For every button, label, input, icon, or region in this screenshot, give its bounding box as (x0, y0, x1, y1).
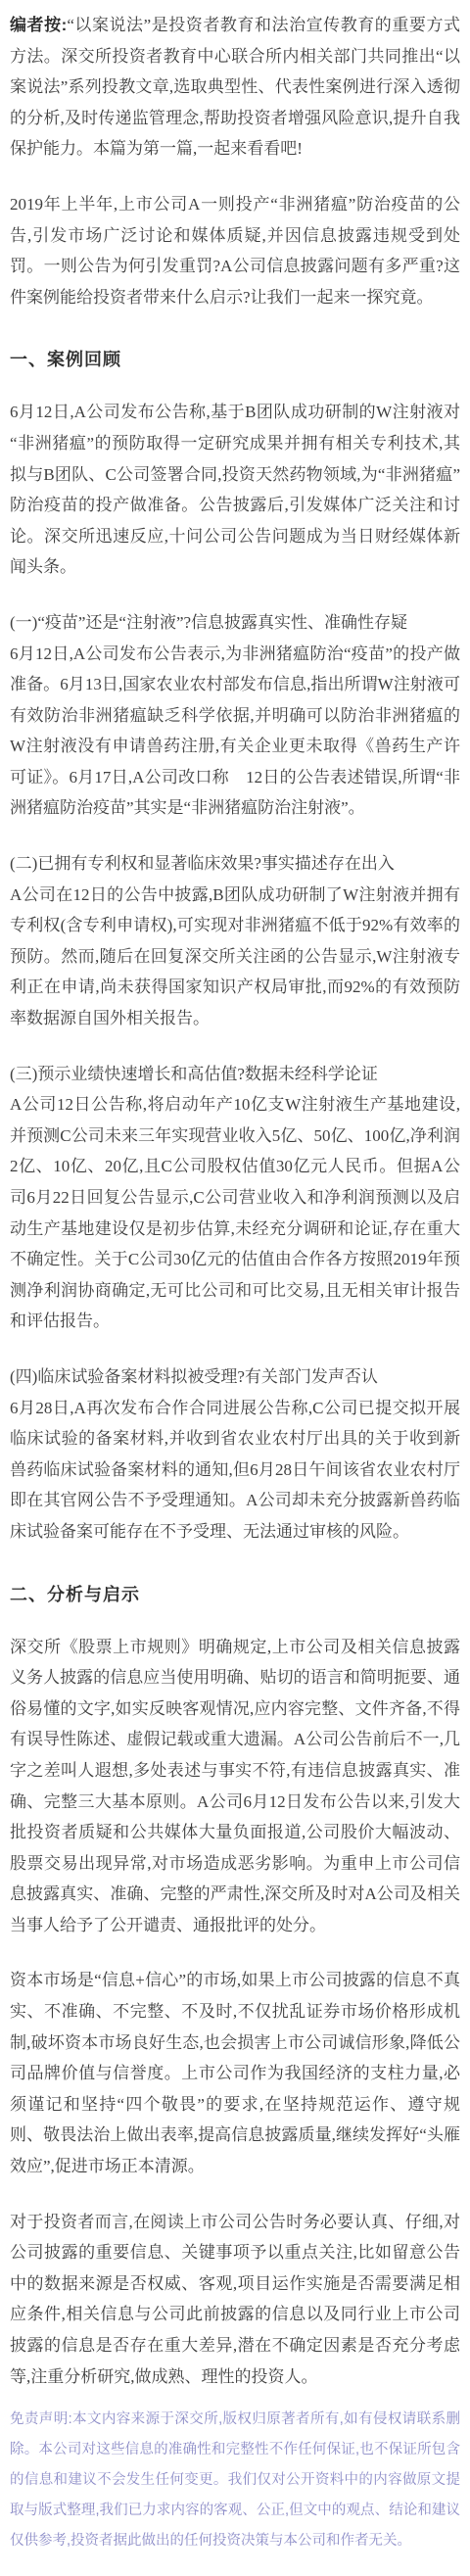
case-1-body: 6月12日,A公司发布公告表示,为非洲猪瘟防治“疫苗”的投产做准备。6月13日,… (10, 644, 460, 818)
section-heading-case-review: 一、案例回顾 (10, 346, 460, 371)
analysis-paragraph-2: 资本市场是“信息+信心”的市场,如果上市公司披露的信息不真实、不准确、不完整、不… (10, 1965, 460, 2181)
case-item-1: (一)“疫苗”还是“注射液”?信息披露真实性、准确性存疑6月12日,A公司发布公… (10, 607, 460, 824)
disclaimer: 免责声明:本文内容来源于深交所,版权归原著者所有,如有侵权请联系删除。本公司对这… (10, 2405, 460, 2556)
case-1-subtitle: (一)“疫苗”还是“注射液”?信息披露真实性、准确性存疑 (10, 613, 407, 632)
case-4-body: 6月28日,A再次发布合作合同进展公告称,C公司已提交拟开展临床试验的备案材料,… (10, 1399, 460, 1541)
case-2-body: A公司在12日的公告中披露,B团队成功研制了W注射液并拥有专利权(含专利申请权)… (10, 885, 460, 1027)
editor-note-label: 编者按: (10, 16, 67, 34)
analysis-paragraph-1: 深交所《股票上市规则》明确规定,上市公司及相关信息披露义务人披露的信息应当使用明… (10, 1632, 460, 1941)
editor-note-text: “以案说法”是投资者教育和法治宣传教育的重要方式方法。深交所投资者教育中心联合所… (10, 16, 460, 158)
article-page: 编者按:“以案说法”是投资者教育和法治宣传教育的重要方式方法。深交所投资者教育中… (0, 0, 470, 2576)
case-overview-paragraph: 6月12日,A公司发布公告称,基于B团队成功研制的W注射液对“非洲猪瘟”的预防取… (10, 397, 460, 583)
case-item-2: (二)已拥有专利权和显著临床效果?事实描述存在出入A公司在12日的公告中披露,B… (10, 848, 460, 1034)
intro-paragraph: 2019年上半年,上市公司A一则投产“非洲猪瘟”防治疫苗的公告,引发市场广泛讨论… (10, 189, 460, 312)
analysis-paragraph-3: 对于投资者而言,在阅读上市公司公告时务必要认真、仔细,对公司披露的重要信息、关键… (10, 2207, 460, 2393)
case-4-subtitle: (四)临床试验备案材料拟被受理?有关部门发声否认 (10, 1367, 378, 1386)
section-heading-analysis: 二、分析与启示 (10, 1581, 460, 1606)
case-3-subtitle: (三)预示业绩快速增长和高估值?数据未经科学论证 (10, 1065, 378, 1083)
editor-note: 编者按:“以案说法”是投资者教育和法治宣传教育的重要方式方法。深交所投资者教育中… (10, 10, 460, 165)
case-item-4: (四)临床试验备案材料拟被受理?有关部门发声否认6月28日,A再次发布合作合同进… (10, 1361, 460, 1548)
case-2-subtitle: (二)已拥有专利权和显著临床效果?事实描述存在出入 (10, 854, 395, 873)
case-3-body: A公司12日公告称,将启动年产10亿支W注射液生产基地建设,并预测C公司未来三年… (10, 1095, 460, 1330)
case-item-3: (三)预示业绩快速增长和高估值?数据未经科学论证A公司12日公告称,将启动年产1… (10, 1059, 460, 1337)
disclaimer-text: 本文内容来源于深交所,版权归原著者所有,如有侵权请联系删除。本公司对这些信息的准… (10, 2411, 460, 2549)
disclaimer-label: 免责声明: (10, 2411, 72, 2427)
